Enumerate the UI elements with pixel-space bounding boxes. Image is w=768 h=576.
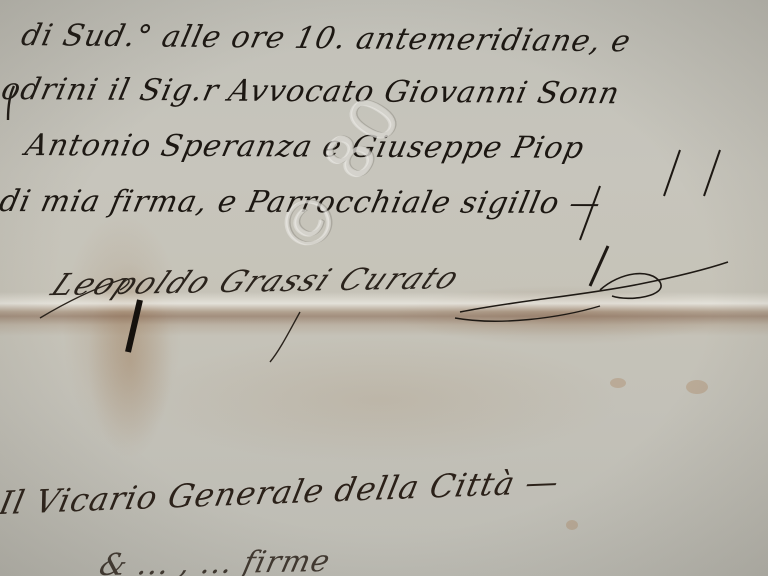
text-line-7: & ... , ... firme — [96, 544, 334, 576]
foxing-spot — [566, 520, 578, 530]
text-line-2: odrini il Sig.r Avvocato Giovanni Sonn — [0, 72, 623, 111]
foxing-spot — [610, 378, 626, 388]
foxing-spot — [686, 380, 708, 394]
signature: Leopoldo Grassi Curato — [45, 261, 467, 303]
text-line-1: di Sud.° alle ore 10. antemeridiane, e — [18, 18, 634, 59]
document-photo: di Sud.° alle ore 10. antemeridiane, e o… — [0, 0, 768, 576]
text-line-6: Il Vicario Generale della Città — — [0, 462, 563, 522]
